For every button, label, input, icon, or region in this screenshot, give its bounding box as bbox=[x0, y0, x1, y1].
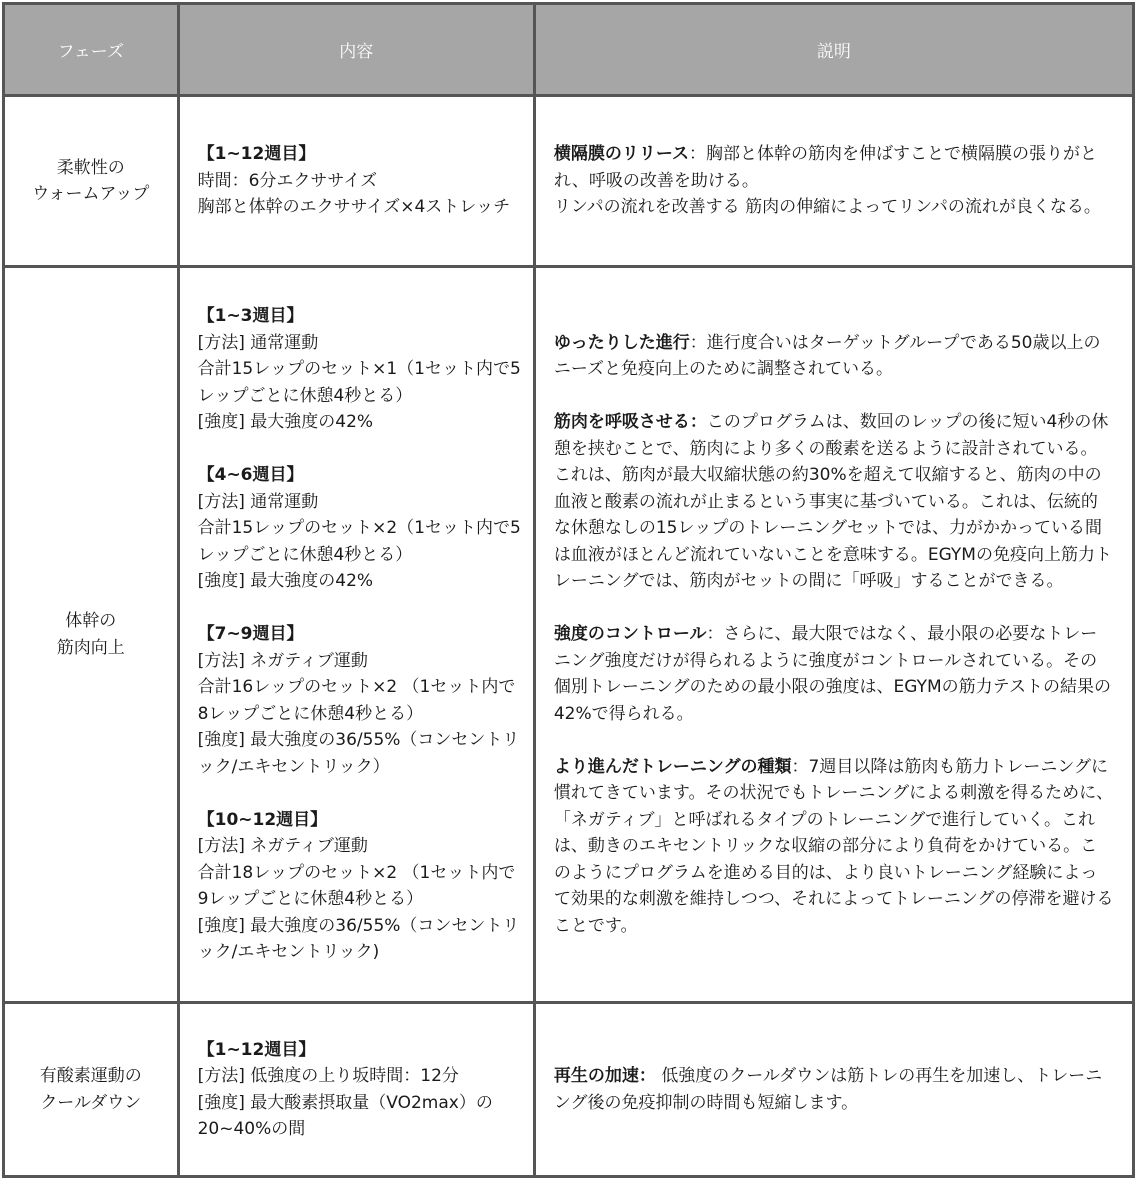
week-block: 【1~3週目】 [方法] 通常運動 合計15レップのセット×1（1セット内で5レ… bbox=[198, 303, 523, 436]
content-line: [強度] 最大強度の36/55%（コンセントリック/エキセントリック) bbox=[198, 913, 523, 966]
header-row: フェーズ 内容 説明 bbox=[4, 4, 1134, 96]
description-cell: 横隔膜のリリース：胸部と体幹の筋肉を伸ばすことで横隔膜の張りがとれ、呼吸の改善を… bbox=[534, 96, 1133, 267]
week-label: 【10~12週目】 bbox=[198, 807, 523, 834]
phase-line: 筋肉向上 bbox=[9, 635, 173, 662]
week-block: 【4~6週目】 [方法] 通常運動 合計15レップのセット×2（1セット内で5レ… bbox=[198, 462, 523, 595]
description-term: 強度のコントロール bbox=[554, 624, 707, 644]
phase-line: 体幹の bbox=[9, 608, 173, 635]
week-label: 【4~6週目】 bbox=[198, 462, 523, 489]
content-line: 胸部と体幹のエクササイズ×4ストレッチ bbox=[198, 194, 523, 221]
header-description: 説明 bbox=[534, 4, 1133, 96]
content-line: [方法] 通常運動 bbox=[198, 330, 523, 357]
description-term: 横隔膜のリリース bbox=[554, 144, 689, 164]
week-label: 【1~3週目】 bbox=[198, 303, 523, 330]
phase-line: 柔軟性の bbox=[9, 155, 173, 182]
content-line: 合計15レップのセット×2（1セット内で5レップごとに休憩4秒とる） bbox=[198, 515, 523, 568]
content-line: 合計15レップのセット×1（1セット内で5レップごとに休憩4秒とる） bbox=[198, 356, 523, 409]
description-paragraph: 強度のコントロール：さらに、最大限ではなく、最小限の必要なトレーニング強度だけが… bbox=[554, 621, 1114, 727]
phase-line: ウォームアップ bbox=[9, 181, 173, 208]
content-line: [強度] 最大酸素摂取量（VO2max）の20~40%の間 bbox=[198, 1090, 523, 1143]
description-paragraph: ゆったりした進行：進行度合いはターゲットグループである50歳以上のニーズと免疫向… bbox=[554, 330, 1114, 383]
content-line: [強度] 最大強度の36/55%（コンセントリック/エキセントリック） bbox=[198, 727, 523, 780]
content-cell: 【1~12週目】 [方法] 低強度の上り坂時間：12分 [強度] 最大酸素摂取量… bbox=[178, 1003, 534, 1177]
content-line: 時間：6分エクササイズ bbox=[198, 168, 523, 195]
training-program-table: フェーズ 内容 説明 柔軟性の ウォームアップ 【1~12週目】 時間：6分エク… bbox=[2, 2, 1135, 1178]
content-line: [方法] ネガティブ運動 bbox=[198, 648, 523, 675]
description-paragraph: より進んだトレーニングの種類：7週目以降は筋肉も筋力トレーニングに慣れてきていま… bbox=[554, 754, 1114, 940]
week-block: 【7~9週目】 [方法] ネガティブ運動 合計16レップのセット×2 （1セット… bbox=[198, 621, 523, 780]
description-term: 筋肉を呼吸させる： bbox=[554, 412, 707, 432]
table-row: 柔軟性の ウォームアップ 【1~12週目】 時間：6分エクササイズ 胸部と体幹の… bbox=[4, 96, 1134, 267]
content-line: [方法] 通常運動 bbox=[198, 489, 523, 516]
week-label: 【7~9週目】 bbox=[198, 621, 523, 648]
description-term: 再生の加速： bbox=[554, 1066, 656, 1086]
table-row: 体幹の 筋肉向上 【1~3週目】 [方法] 通常運動 合計15レップのセット×1… bbox=[4, 267, 1134, 1003]
description-paragraph: 横隔膜のリリース：胸部と体幹の筋肉を伸ばすことで横隔膜の張りがとれ、呼吸の改善を… bbox=[554, 141, 1114, 221]
description-term: ゆったりした進行 bbox=[554, 333, 690, 353]
content-line: 合計16レップのセット×2 （1セット内で8レップごとに休憩4秒とる） bbox=[198, 674, 523, 727]
content-cell: 【1~3週目】 [方法] 通常運動 合計15レップのセット×1（1セット内で5レ… bbox=[178, 267, 534, 1003]
phase-line: 有酸素運動の bbox=[9, 1063, 173, 1090]
phase-line: クールダウン bbox=[9, 1090, 173, 1117]
content-line: [強度] 最大強度の42% bbox=[198, 568, 523, 595]
content-cell: 【1~12週目】 時間：6分エクササイズ 胸部と体幹のエクササイズ×4ストレッチ bbox=[178, 96, 534, 267]
content-line: 合計18レップのセット×2 （1セット内で9レップごとに休憩4秒とる） bbox=[198, 860, 523, 913]
description-cell: 再生の加速： 低強度のクールダウンは筋トレの再生を加速し、トレーニング後の免疫抑… bbox=[534, 1003, 1133, 1177]
description-cell: ゆったりした進行：進行度合いはターゲットグループである50歳以上のニーズと免疫向… bbox=[534, 267, 1133, 1003]
content-line: [強度] 最大強度の42% bbox=[198, 409, 523, 436]
week-block: 【1~12週目】 [方法] 低強度の上り坂時間：12分 [強度] 最大酸素摂取量… bbox=[198, 1037, 523, 1143]
table-row: 有酸素運動の クールダウン 【1~12週目】 [方法] 低強度の上り坂時間：12… bbox=[4, 1003, 1134, 1177]
content-line: [方法] ネガティブ運動 bbox=[198, 833, 523, 860]
week-block: 【10~12週目】 [方法] ネガティブ運動 合計18レップのセット×2 （1セ… bbox=[198, 807, 523, 966]
description-paragraph: 再生の加速： 低強度のクールダウンは筋トレの再生を加速し、トレーニング後の免疫抑… bbox=[554, 1063, 1114, 1116]
description-text: このプログラムは、数回のレップの後に短い4秒の休憩を挟むことで、筋肉により多くの… bbox=[554, 412, 1112, 591]
header-content: 内容 bbox=[178, 4, 534, 96]
description-text: リンパの流れを改善する 筋肉の伸縮によってリンパの流れが良くなる。 bbox=[554, 194, 1114, 221]
week-label: 【1~12週目】 bbox=[198, 141, 523, 168]
phase-cell: 有酸素運動の クールダウン bbox=[4, 1003, 179, 1177]
description-text: ：7週目以降は筋肉も筋力トレーニングに慣れてきています。その状況でもトレーニング… bbox=[554, 757, 1114, 936]
header-phase: フェーズ bbox=[4, 4, 179, 96]
phase-cell: 柔軟性の ウォームアップ bbox=[4, 96, 179, 267]
description-term: より進んだトレーニングの種類 bbox=[554, 757, 792, 777]
phase-cell: 体幹の 筋肉向上 bbox=[4, 267, 179, 1003]
content-line: [方法] 低強度の上り坂時間：12分 bbox=[198, 1063, 523, 1090]
week-block: 【1~12週目】 時間：6分エクササイズ 胸部と体幹のエクササイズ×4ストレッチ bbox=[198, 141, 523, 221]
week-label: 【1~12週目】 bbox=[198, 1037, 523, 1064]
description-paragraph: 筋肉を呼吸させる：このプログラムは、数回のレップの後に短い4秒の休憩を挟むことで… bbox=[554, 409, 1114, 595]
